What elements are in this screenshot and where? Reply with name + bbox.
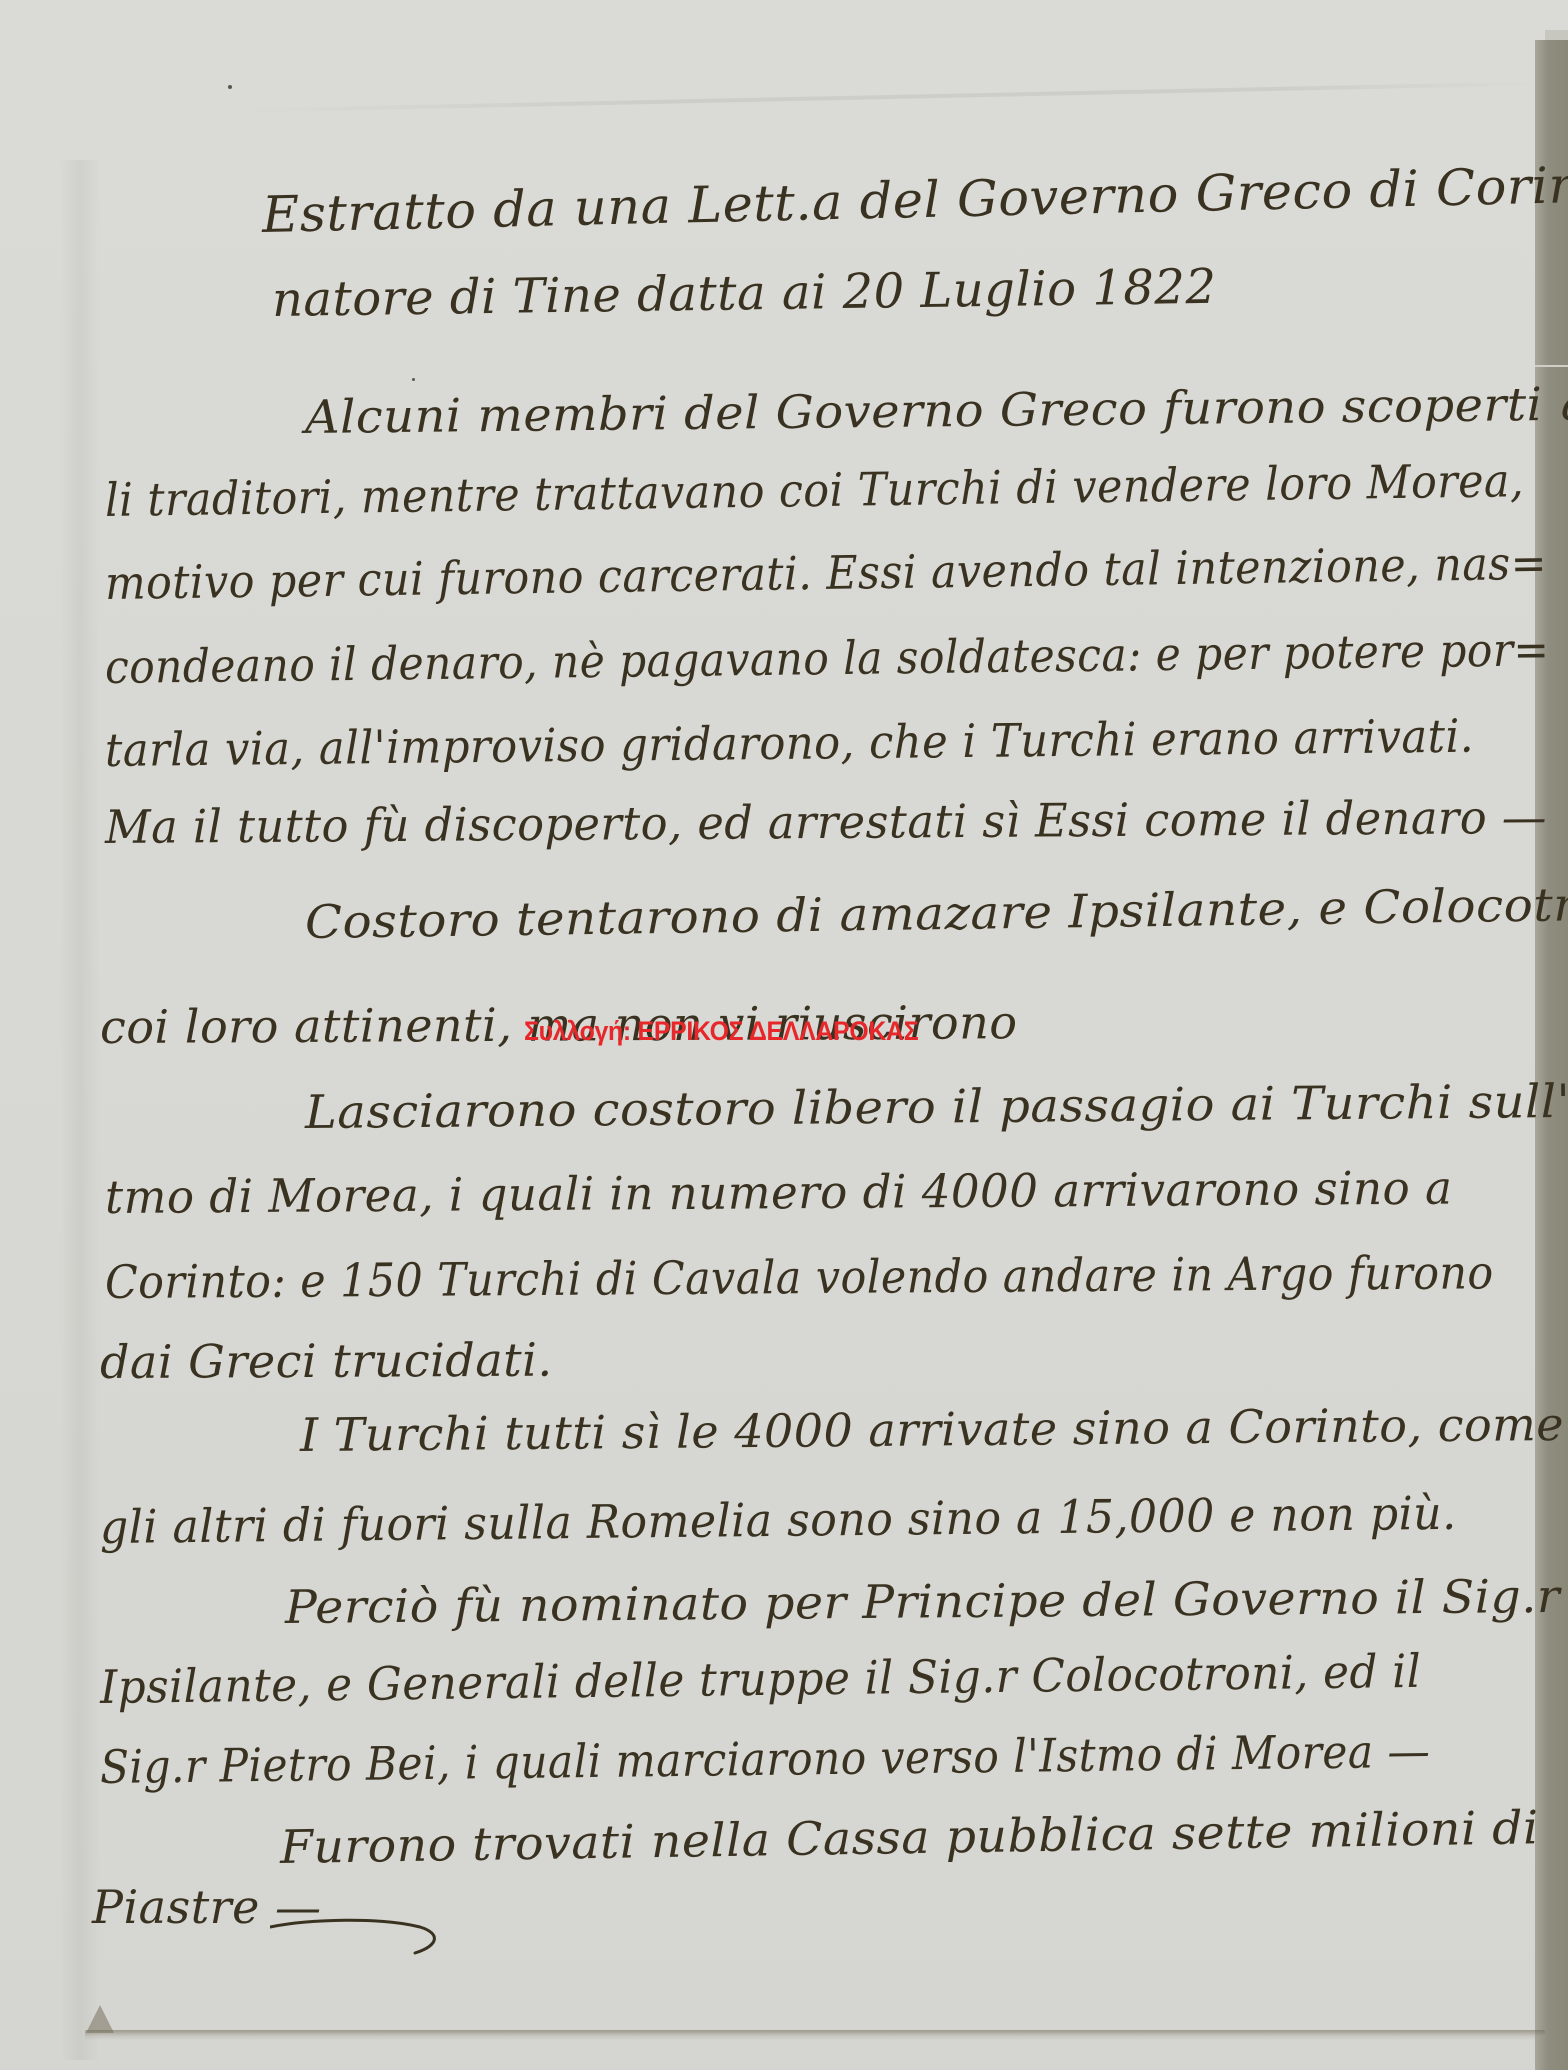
text-line-5: tarla via, all'improviso gridarono, che …	[105, 709, 1474, 777]
text-line-16: Ipsilante, e Generali delle truppe il Si…	[100, 1644, 1422, 1714]
heading-line-2: natore di Tine datta ai 20 Luglio 1822	[272, 259, 1217, 328]
text-line-1: Alcuni membri del Governo Greco furono s…	[305, 375, 1568, 444]
text-line-2: li traditori, mentre trattavano coi Turc…	[105, 453, 1525, 527]
text-line-11: Corinto: e 150 Turchi di Cavala volendo …	[105, 1245, 1494, 1309]
heading-line-1: Estratto da una Lett.a del Governo Greco…	[261, 148, 1568, 244]
text-line-3: motivo per cui furono carcerati. Essi av…	[105, 536, 1548, 610]
text-line-18: Furono trovati nella Cassa pubblica sett…	[280, 1800, 1540, 1874]
collection-watermark: Συλλογή: ΕΡΡΙΚΟΣ ΔΕΛΛΑΡΟΚΑΣ	[524, 1016, 918, 1047]
text-line-15: Perciò fù nominato per Principe del Gove…	[285, 1569, 1560, 1634]
text-line-13: I Turchi tutti sì le 4000 arrivate sino …	[300, 1397, 1564, 1462]
text-line-9: Lasciarono costoro libero il passagio ai…	[305, 1073, 1568, 1139]
document-photo: Estratto da una Lett.a del Governo Greco…	[0, 0, 1568, 2070]
text-line-14: gli altri di fuori sulla Romelia sono si…	[100, 1486, 1457, 1554]
text-line-4: condeano il denaro, nè pagavano la solda…	[105, 622, 1550, 694]
signature-flourish-icon	[270, 1905, 450, 1955]
text-line-7: Costoro tentarono di amazare Ipsilante, …	[305, 876, 1568, 949]
text-line-17: Sig.r Pietro Bei, i quali marciarono ver…	[100, 1724, 1431, 1794]
text-line-12: dai Greci trucidati.	[100, 1333, 553, 1389]
text-line-6: Ma il tutto fù discoperto, ed arrestati …	[105, 790, 1547, 854]
text-line-10: tmo di Morea, i quali in numero di 4000 …	[105, 1161, 1453, 1224]
